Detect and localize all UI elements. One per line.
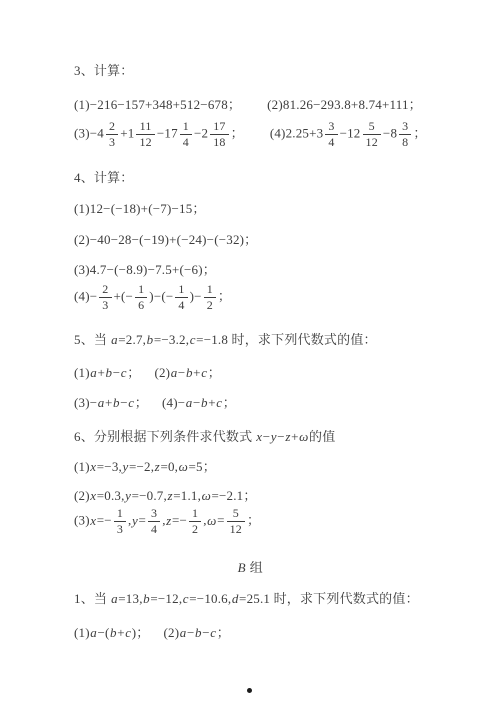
- problem-4-part-3: (3)4.7−(−8.9)−7.5+(−6)；: [74, 259, 216, 278]
- fraction: 12: [204, 283, 216, 312]
- problem-5-part-3: (3)−a+b−c；: [74, 392, 148, 411]
- problem-3-row-1: (1)−216−157+348+512−678； (2)81.26−293.8+…: [74, 94, 422, 113]
- problem-6-part-1: (1)x=−3,y=−2,z=0,ω=5；: [74, 456, 216, 475]
- problem-4-part-4: (4)−23+(−16)−(−14)−12；: [74, 283, 231, 312]
- group-b-problem-1-row: (1)a−(b+c)； (2)a−b−c；: [74, 622, 230, 641]
- problem-4-part-2: (2)−40−28−(−19)+(−24)−(−32)；: [74, 229, 257, 248]
- group-b-problem-1-part-1: (1)a−(b+c)；: [74, 622, 150, 641]
- problem-4-part-1: (1)12−(−18)+(−7)−15；: [74, 198, 206, 217]
- fraction: 14: [175, 283, 187, 312]
- problem-3-part-2: (2)81.26−293.8+8.74+111；: [267, 94, 422, 113]
- fraction: 13: [114, 507, 126, 536]
- period-dot: [247, 688, 252, 693]
- problem-3-part-1: (1)−216−157+348+512−678；: [74, 94, 241, 113]
- fraction: 512: [227, 507, 245, 536]
- problem-5-heading: 5、当 a=2.7,b=−3.2,c=−1.8 时，求下列代数式的值：: [74, 329, 377, 348]
- fraction: 34: [148, 507, 160, 536]
- worksheet-page: 3、计算： (1)−216−157+348+512−678； (2)81.26−…: [0, 0, 500, 707]
- problem-5-part-4: (4)−a−b+c；: [162, 392, 236, 411]
- group-b-problem-1-heading: 1、当 a=13,b=−12,c=−10.6,d=25.1 时，求下列代数式的值…: [74, 588, 419, 607]
- problem-3-part-4: (4)2.25+334−12512−838；: [270, 120, 427, 149]
- group-b-problem-1-part-2: (2)a−b−c；: [164, 622, 230, 641]
- fraction: 34: [325, 120, 337, 149]
- problem-5-row-1: (1)a+b−c； (2)a−b+c；: [74, 362, 221, 381]
- problem-5-part-2: (2)a−b+c；: [154, 362, 220, 381]
- problem-4-heading: 4、计算：: [74, 167, 134, 186]
- problem-5-part-1: (1)a+b−c；: [74, 362, 140, 381]
- fraction: 16: [135, 283, 147, 312]
- fraction: 12: [189, 507, 201, 536]
- problem-6-part-3: (3)x=−13,y=34,z=−12,ω=512；: [74, 507, 260, 536]
- fraction: 23: [99, 283, 111, 312]
- fraction: 38: [399, 120, 411, 149]
- fraction: 23: [106, 120, 118, 149]
- problem-3-part-3: (3)−423+11112−1714−21718；: [74, 120, 244, 149]
- problem-6-part-2: (2)x=0.3,y=−0.7,z=1.1,ω=−2.1；: [74, 485, 257, 504]
- fraction: 1718: [210, 120, 228, 149]
- problem-5-row-2: (3)−a+b−c； (4)−a−b+c；: [74, 392, 236, 411]
- fraction: 14: [180, 120, 192, 149]
- problem-3-heading: 3、计算：: [74, 60, 134, 79]
- problem-6-heading: 6、分别根据下列条件求代数式 x−y−z+ω的值: [74, 426, 335, 445]
- problem-3-row-2: (3)−423+11112−1714−21718； (4)2.25+334−12…: [74, 120, 427, 149]
- fraction: 512: [363, 120, 381, 149]
- group-b-title: B 组: [0, 557, 500, 576]
- fraction: 1112: [136, 120, 154, 149]
